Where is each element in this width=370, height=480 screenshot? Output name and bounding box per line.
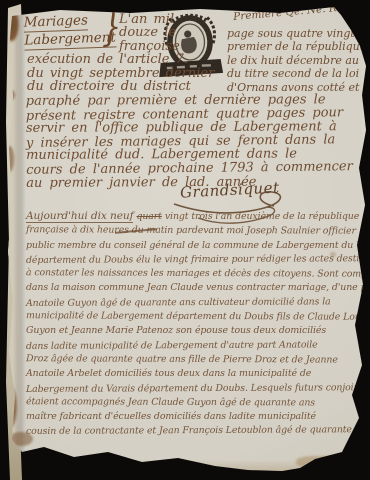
torn-edge-highlight [359,50,370,450]
handwritten-line: maître fabricant d'écuelles domiciliés d… [26,410,370,424]
handwritten-line: douze le [119,26,214,39]
entry-lines: française à dix heures du matin pardevan… [26,224,370,438]
handwritten-line: Droz âgée de quarante quatre ans fille d… [26,352,370,368]
handwritten-line: Guyon et Jeanne Marie Patenoz son épouse… [26,324,370,338]
handwritten-line: cousin de la contractante et Jean Franço… [26,424,370,440]
handwritten-line: Labergement du Varais département du Dou… [26,381,370,397]
scanned-register-photo: Mariages Labergement } Première Qe. Ne. … [0,0,370,480]
handwritten-line: Anatoile Arbelet domiciliés tous deux da… [26,367,370,381]
entry-first-line: Aujourd'hui dix neufquartvingt trois l'a… [26,209,370,224]
handwritten-line: étaient accompagnés Jean Claude Guyon âg… [26,395,370,411]
register-formula-paragraph: paraphé par première et dernière pages l… [26,93,353,190]
entry-date-underlined: Aujourd'hui dix neuf [26,210,133,223]
handwritten-line: du directoire du district [27,80,214,93]
handwritten-line: L'an mil [119,13,214,26]
handwritten-line: le dix huit décembre au [227,54,366,67]
handwritten-line: public membre du conseil général de la c… [26,239,370,253]
handwritten-line: du vingt septembre dernier [27,67,214,80]
handwritten-line: françoise [119,40,214,53]
struck-word: quart [136,211,161,222]
manuscript-page: Mariages Labergement } Première Qe. Ne. … [0,0,370,480]
handwritten-line: française à dix heures du matin pardevan… [26,224,370,240]
entry-line1-rest: vingt trois l'an deuxième de la républiq… [165,211,359,222]
edge-stain [296,456,342,468]
entry-paragraph: Aujourd'hui dix neufquartvingt trois l'a… [26,209,370,439]
handwritten-line: premier de la république [227,40,366,53]
handwritten-line: municipalité de Labergement département … [26,309,370,325]
opening-left-column: L'an mildouze lefrançoiseexécution de l'… [27,13,214,93]
handwritten-line: à constater les naissances les mariages … [26,266,370,282]
handwritten-line: y insérer les mariages qui se feront dan… [26,133,353,150]
handwritten-line: dans la maison commune Jean Claude venus… [26,281,370,295]
handwritten-line: présent registre contenant quatre pages … [26,106,353,123]
handwritten-line: exécution de l'article 7. [27,53,214,66]
handwritten-line: page sous quatre vingt [227,27,366,40]
corner-annotation: Première Qe. Ne. Re. [233,0,370,23]
opening-right-column: page sous quatre vingtpremier de la répu… [227,27,366,94]
handwritten-line: du titre second de la loi [227,67,366,80]
